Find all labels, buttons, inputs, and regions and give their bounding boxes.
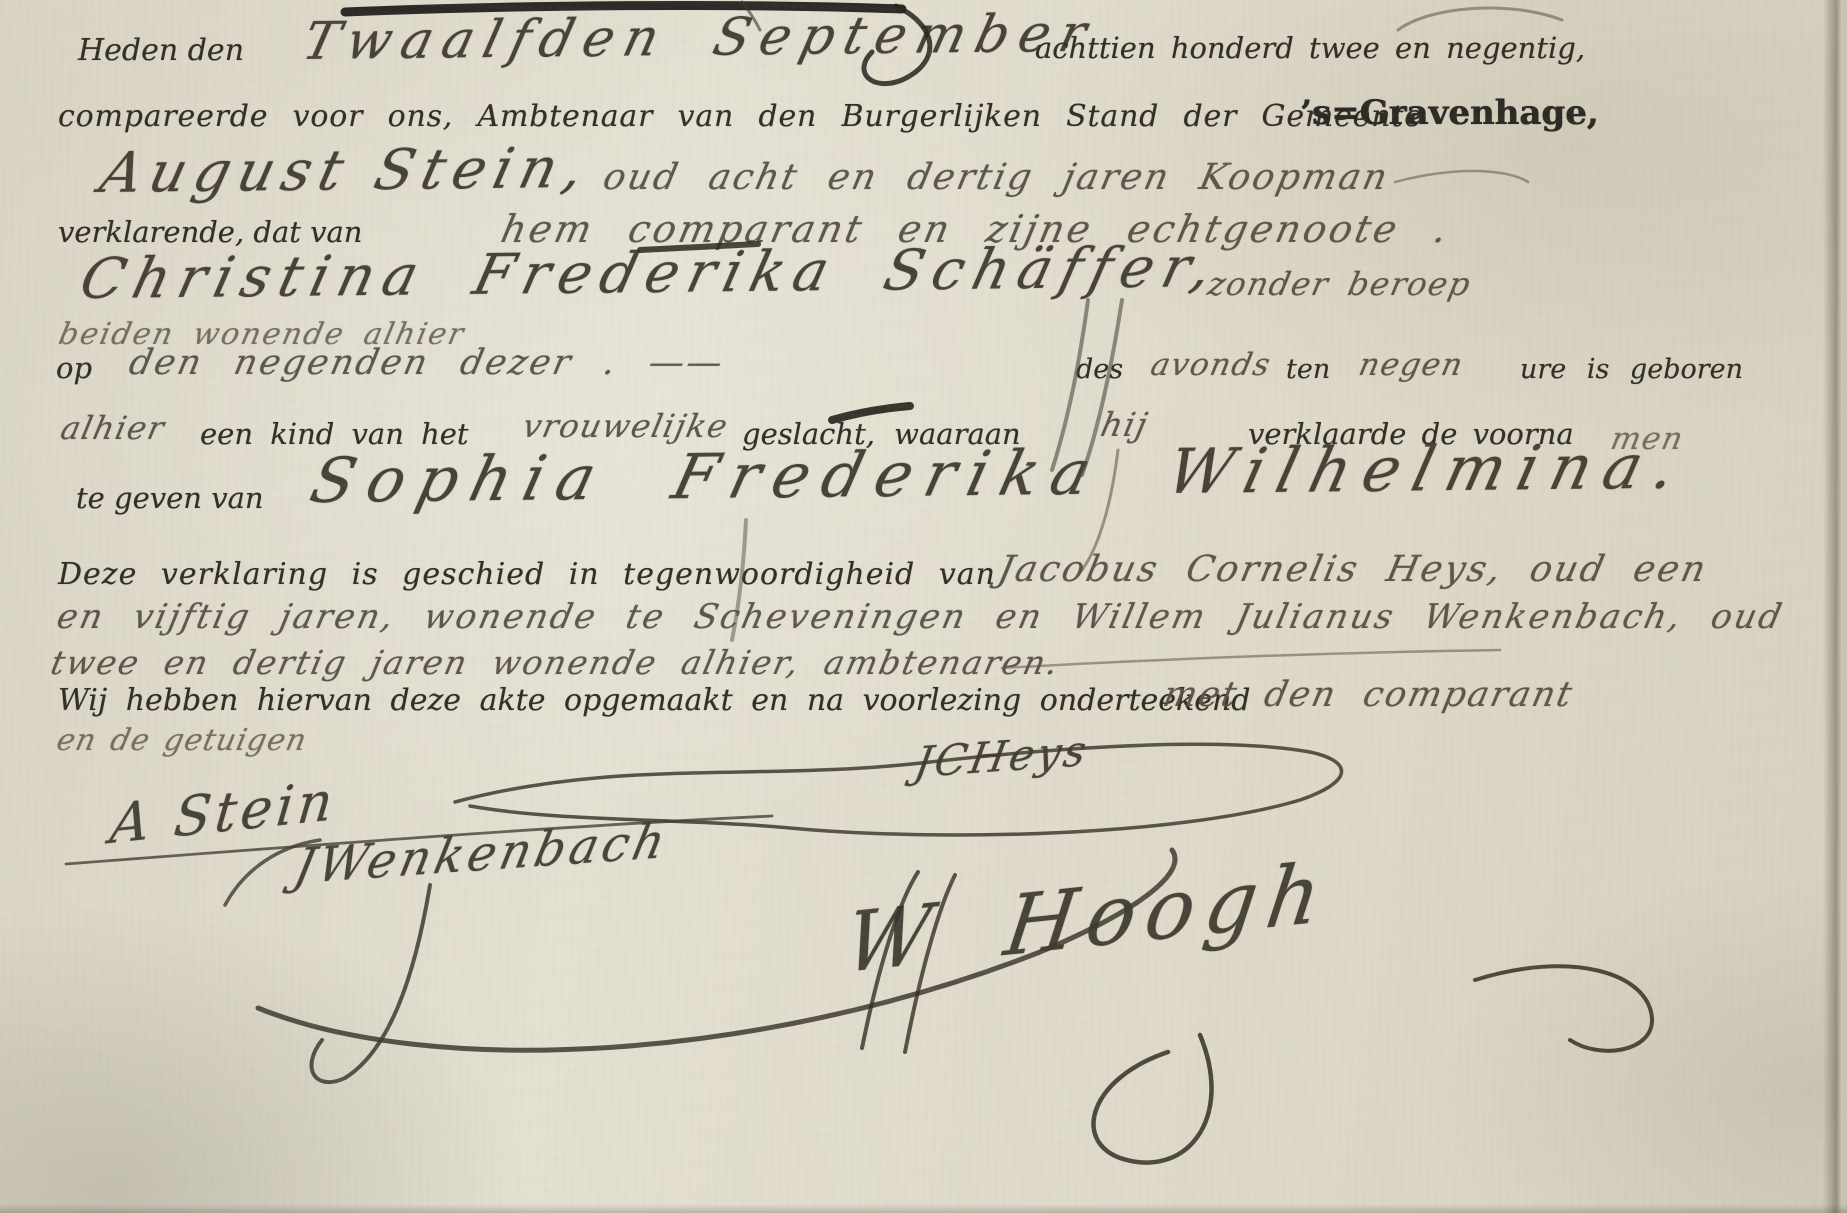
printed-ten: ten [1286,356,1330,383]
ambtenaren-underline [1002,650,1500,668]
printed-wij-hebben: Wij hebben hiervan deze akte opgemaakt e… [58,686,1251,716]
signature-witness2-wenkenbach: JWenkenbach [290,817,673,892]
hw-negen: negen [1356,350,1467,381]
signature-registrar: W Hoogh [840,852,1335,986]
hw-declarant-details: oud acht en dertig jaren Koopman [600,160,1393,196]
hw-birth-day: den negenden dezer . —— [126,346,728,381]
printed-te-geven-van: te geven van [76,484,264,513]
hw-witness2-name: en vijftig jaren, wonende te Scheveninge… [54,600,1787,634]
registrar-tail-flourish [1475,966,1652,1051]
birth-certificate-scan: Heden den Twaalfden September achttien h… [0,0,1847,1213]
printed-year: achttien honderd twee en negentig, [1035,34,1585,63]
printed-verklarende: verklarende, dat van [58,218,363,247]
top-right-cutoff-flourish [1398,8,1562,30]
page-right-edge [1823,0,1847,1213]
hw-mother-name: Christina Frederika Schäffer, [75,240,1226,308]
koopman-tail-flourish [1395,171,1528,182]
hw-zonder-beroep: zonder beroep [1205,268,1474,300]
printed-compareerde: compareerde voor ons, Ambtenaar van den … [58,102,1423,132]
hw-witness1-name: Jacobus Cornelis Heys, oud een [995,552,1711,588]
hw-child-names: Sophia Frederika Wilhelmina. [305,436,1695,512]
hw-vrouwelijke: vrouwelijke [520,410,732,442]
printed-municipality-gravenhage: ’s=Gravenhage, [1300,96,1599,130]
hw-met-den-comparant: met den comparant [1160,678,1577,713]
printed-heden-den: Heden den [78,36,244,66]
hw-witness-details: twee en dertig jaren wonende alhier, amb… [48,646,1063,679]
printed-des: des [1076,356,1123,383]
hw-alhier: alhier [58,412,168,444]
hw-date: Twaalfden September [298,8,1101,68]
printed-ure-is-geboren: ure is geboren [1520,356,1743,383]
signature-witness1-heys: JCHeys [911,730,1092,785]
printed-op: op [56,354,92,383]
hw-declarant-name: August Stein, [95,141,597,202]
registrar-descender-loop [1094,1035,1212,1163]
hw-avonds: avonds [1148,350,1274,381]
wenkenbach-j-descender [312,885,430,1082]
page-bottom-edge [0,1204,1847,1213]
printed-deze-verklaring: Deze verklaring is geschied in tegenwoor… [58,560,996,590]
hw-en-de-getuigen: en de getuigen [54,726,310,756]
